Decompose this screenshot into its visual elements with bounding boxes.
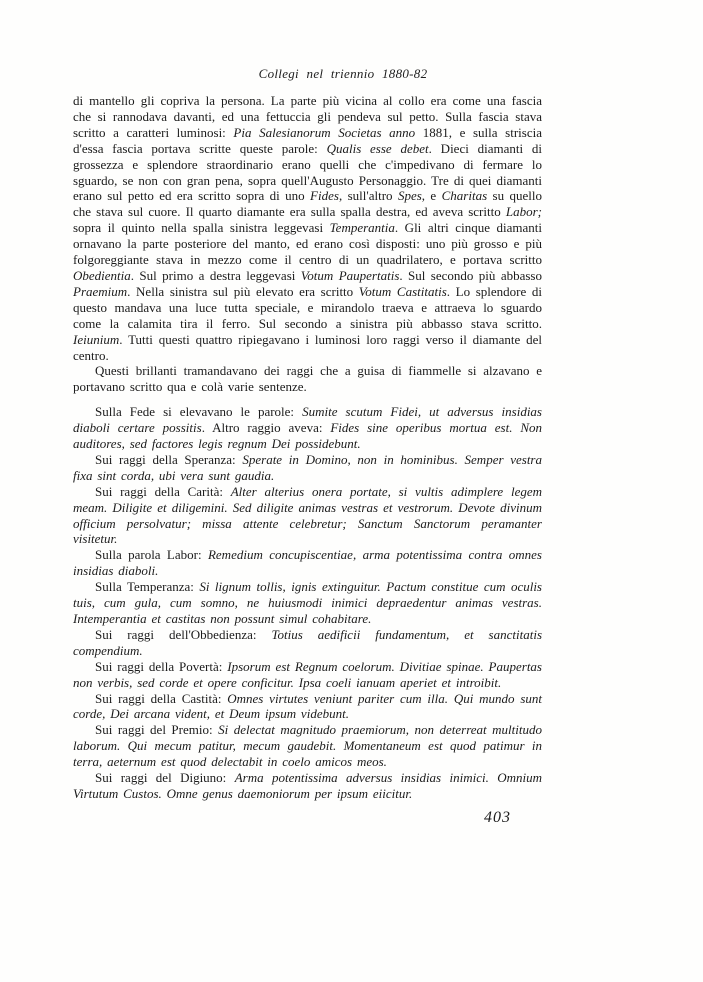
body-text: . Sul primo a destra leggevasi [131,268,301,283]
body-text: sopra il quinto nella spalla sinistra le… [73,220,330,235]
paragraph: Sui raggi dell'Obbedienza: Totius aedifi… [73,627,542,659]
latin-italic-text: Spes [398,188,422,203]
latin-italic-text: Votum Castitatis [359,284,447,299]
page-number: 403 [484,809,511,827]
paragraph: Sulla Fede si elevavano le parole: Sumit… [73,404,542,452]
body-text: Sulla parola Labor: [95,547,208,562]
text-column: di mantello gli copriva la persona. La p… [73,93,542,802]
latin-italic-text: Pia Salesianorum Societas anno [233,125,415,140]
paragraph: Sui raggi del Digiuno: Arma potentissima… [73,770,542,802]
latin-italic-text: Qualis esse debet [327,141,429,156]
body-text: Sui raggi della Speranza: [95,452,242,467]
body-text: Questi brillanti tramandavano dei raggi … [73,363,542,394]
paragraph: Sui raggi del Premio: Si delectat magnit… [73,722,542,770]
latin-italic-text: Fides [310,188,339,203]
paragraph: Sui raggi della Castità: Omnes virtutes … [73,691,542,723]
body-text: . Altro raggio aveva: [202,420,331,435]
body-text: , e [422,188,442,203]
body-text: Sulla Temperanza: [95,579,199,594]
paragraph: Sui raggi della Carità: Alter alterius o… [73,484,542,548]
body-text: Sui raggi della Castità: [95,691,227,706]
paragraph: Sulla Temperanza: Si lignum tollis, igni… [73,579,542,627]
latin-italic-text: Votum Paupertatis [301,268,400,283]
latin-italic-text: Labor; [506,204,542,219]
body-text: Sui raggi del Premio: [95,722,218,737]
body-text: Sui raggi del Digiuno: [95,770,235,785]
latin-italic-text: Praemium [73,284,127,299]
running-header: Collegi nel triennio 1880-82 [73,66,613,82]
latin-italic-text: Obedientia [73,268,131,283]
body-text: . Nella sinistra sul più elevato era scr… [127,284,359,299]
latin-italic-text: Ieiunium [73,332,119,347]
book-page: Collegi nel triennio 1880-82 di mantello… [0,0,703,982]
body-text: . Tutti questi quattro ripiegavano i lum… [73,332,542,363]
body-text: , sull'altro [339,188,398,203]
body-text: Sui raggi della Povertà: [95,659,227,674]
paragraph: Sui raggi della Povertà: Ipsorum est Reg… [73,659,542,691]
paragraph: di mantello gli copriva la persona. La p… [73,93,542,363]
body-text: Sui raggi della Carità: [95,484,231,499]
body-text: Sui raggi dell'Obbedienza: [95,627,271,642]
paragraph: Sui raggi della Speranza: Sperate in Dom… [73,452,542,484]
body-text: Sulla Fede si elevavano le parole: [95,404,302,419]
paragraph: Sulla parola Labor: Remedium concupiscen… [73,547,542,579]
latin-italic-text: Charitas [442,188,488,203]
paragraph: Questi brillanti tramandavano dei raggi … [73,363,542,395]
latin-italic-text: Temperantia [330,220,395,235]
body-text: . Sul secondo più abbasso [399,268,542,283]
